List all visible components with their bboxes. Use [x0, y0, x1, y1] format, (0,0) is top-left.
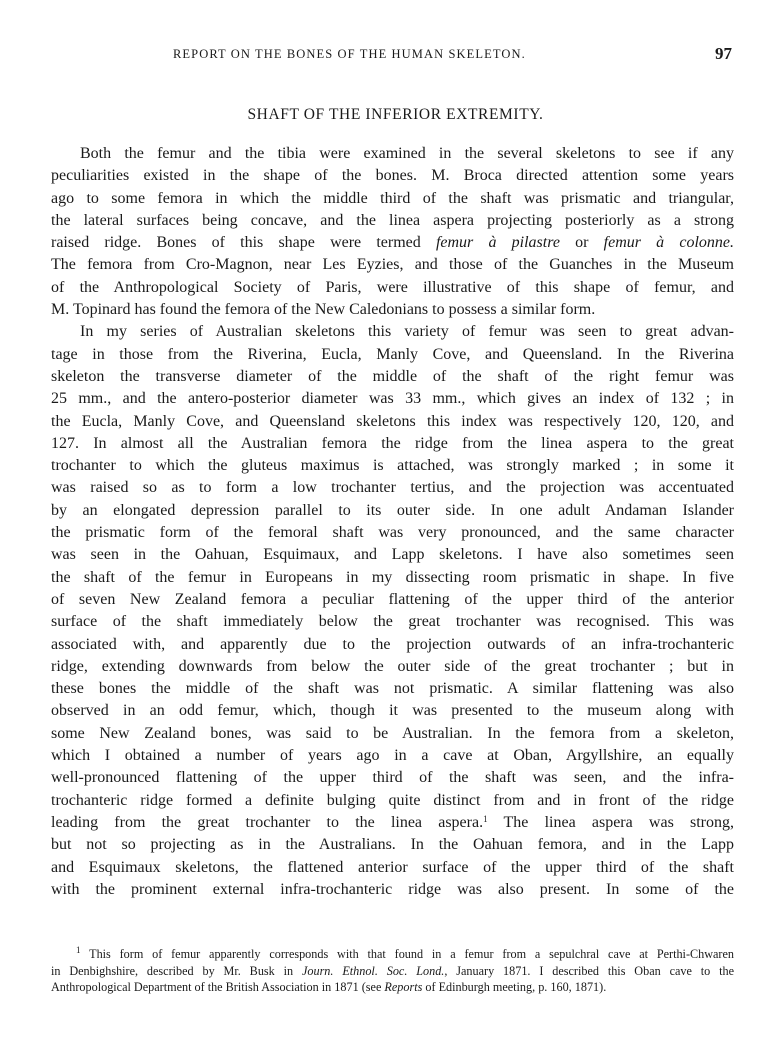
text-line: leading from the great trochanter to the…: [51, 812, 734, 834]
paragraph-1: Both the femur and the tibia were examin…: [51, 143, 734, 321]
text-line: skeleton the transverse diameter of the …: [51, 366, 734, 388]
text-line: but not so projecting as in the Australi…: [51, 834, 734, 856]
text-line: In my series of Australian skeletons thi…: [51, 321, 734, 343]
text-line: the Eucla, Manly Cove, and Queensland sk…: [51, 411, 734, 433]
text-line: which I obtained a number of years ago i…: [51, 745, 734, 767]
footnote-line: in Denbighshire, described by Mr. Busk i…: [51, 963, 734, 980]
text-line: peculiarities existed in the shape of th…: [51, 165, 734, 187]
text-line: the shaft of the femur in Europeans in m…: [51, 567, 734, 589]
text-line: trochanteric ridge formed a definite bul…: [51, 790, 734, 812]
text-line: Both the femur and the tibia were examin…: [51, 143, 734, 165]
text-line: with the prominent external infra-trocha…: [51, 879, 734, 901]
text-line: ago to some femora in which the middle t…: [51, 188, 734, 210]
text-line: associated with, and apparently due to t…: [51, 634, 734, 656]
text-fragment: The linea aspera was strong,: [488, 814, 734, 831]
text-line: 25 mm., and the antero-posterior diamete…: [51, 388, 734, 410]
text-fragment: Anthropological Department of the Britis…: [51, 980, 384, 994]
reports-title: Reports: [384, 980, 422, 994]
text-line: was raised so as to form a low trochante…: [51, 477, 734, 499]
body-text: Both the femur and the tibia were examin…: [51, 143, 734, 901]
text-line: some New Zealand bones, was said to be A…: [51, 723, 734, 745]
paragraph-2: In my series of Australian skeletons thi…: [51, 321, 734, 901]
text-line: was seen in the Oahuan, Esquimaux, and L…: [51, 544, 734, 566]
text-fragment: raised ridge. Bones of this shape were t…: [51, 234, 436, 251]
text-fragment: leading from the great trochanter to the…: [51, 814, 483, 831]
text-line: these bones the middle of the shaft was …: [51, 678, 734, 700]
text-line: surface of the shaft immediately below t…: [51, 611, 734, 633]
text-line: and Esquimaux skeletons, the flattened a…: [51, 857, 734, 879]
text-fragment: in Denbighshire, described by Mr. Busk i…: [51, 964, 302, 978]
text-fragment: This form of femur apparently correspond…: [89, 947, 734, 961]
text-fragment: or: [560, 234, 604, 251]
footnote-line: Anthropological Department of the Britis…: [51, 979, 734, 996]
text-line: of the Anthropological Society of Paris,…: [51, 277, 734, 299]
text-line: well-pronounced flattening of the upper …: [51, 767, 734, 789]
text-line: the prismatic form of the femoral shaft …: [51, 522, 734, 544]
section-title: SHAFT OF THE INFERIOR EXTREMITY.: [0, 106, 776, 124]
text-line: M. Topinard has found the femora of the …: [51, 299, 734, 321]
text-line: of seven New Zealand femora a peculiar f…: [51, 589, 734, 611]
running-title: REPORT ON THE BONES OF THE HUMAN SKELETO…: [173, 47, 526, 62]
footnote-marker: 1: [76, 945, 81, 955]
text-line: the lateral surfaces being concave, and …: [51, 210, 734, 232]
italic-term: femur à colonne.: [604, 234, 734, 251]
text-line: ridge, extending downwards from below th…: [51, 656, 734, 678]
text-line: tage in those from the Riverina, Eucla, …: [51, 344, 734, 366]
text-fragment: of Edinburgh meeting, p. 160, 1871).: [422, 980, 606, 994]
text-line: 127. In almost all the Australian femora…: [51, 433, 734, 455]
text-fragment: , January 1871. I described this Oban ca…: [444, 964, 734, 978]
text-line: raised ridge. Bones of this shape were t…: [51, 232, 734, 254]
text-line: The femora from Cro-Magnon, near Les Eyz…: [51, 254, 734, 276]
italic-term: femur à pilastre: [436, 234, 560, 251]
page-number: 97: [715, 44, 732, 64]
text-line: trochanter to which the gluteus maximus …: [51, 455, 734, 477]
journal-title: Journ. Ethnol. Soc. Lond.: [302, 964, 444, 978]
footnote-line: 1 This form of femur apparently correspo…: [51, 946, 734, 963]
footnote: 1 This form of femur apparently correspo…: [51, 946, 734, 996]
text-line: by an elongated depression parallel to i…: [51, 500, 734, 522]
book-page: REPORT ON THE BONES OF THE HUMAN SKELETO…: [0, 0, 776, 1050]
text-line: observed in an odd femur, which, though …: [51, 700, 734, 722]
running-header: REPORT ON THE BONES OF THE HUMAN SKELETO…: [173, 47, 733, 67]
